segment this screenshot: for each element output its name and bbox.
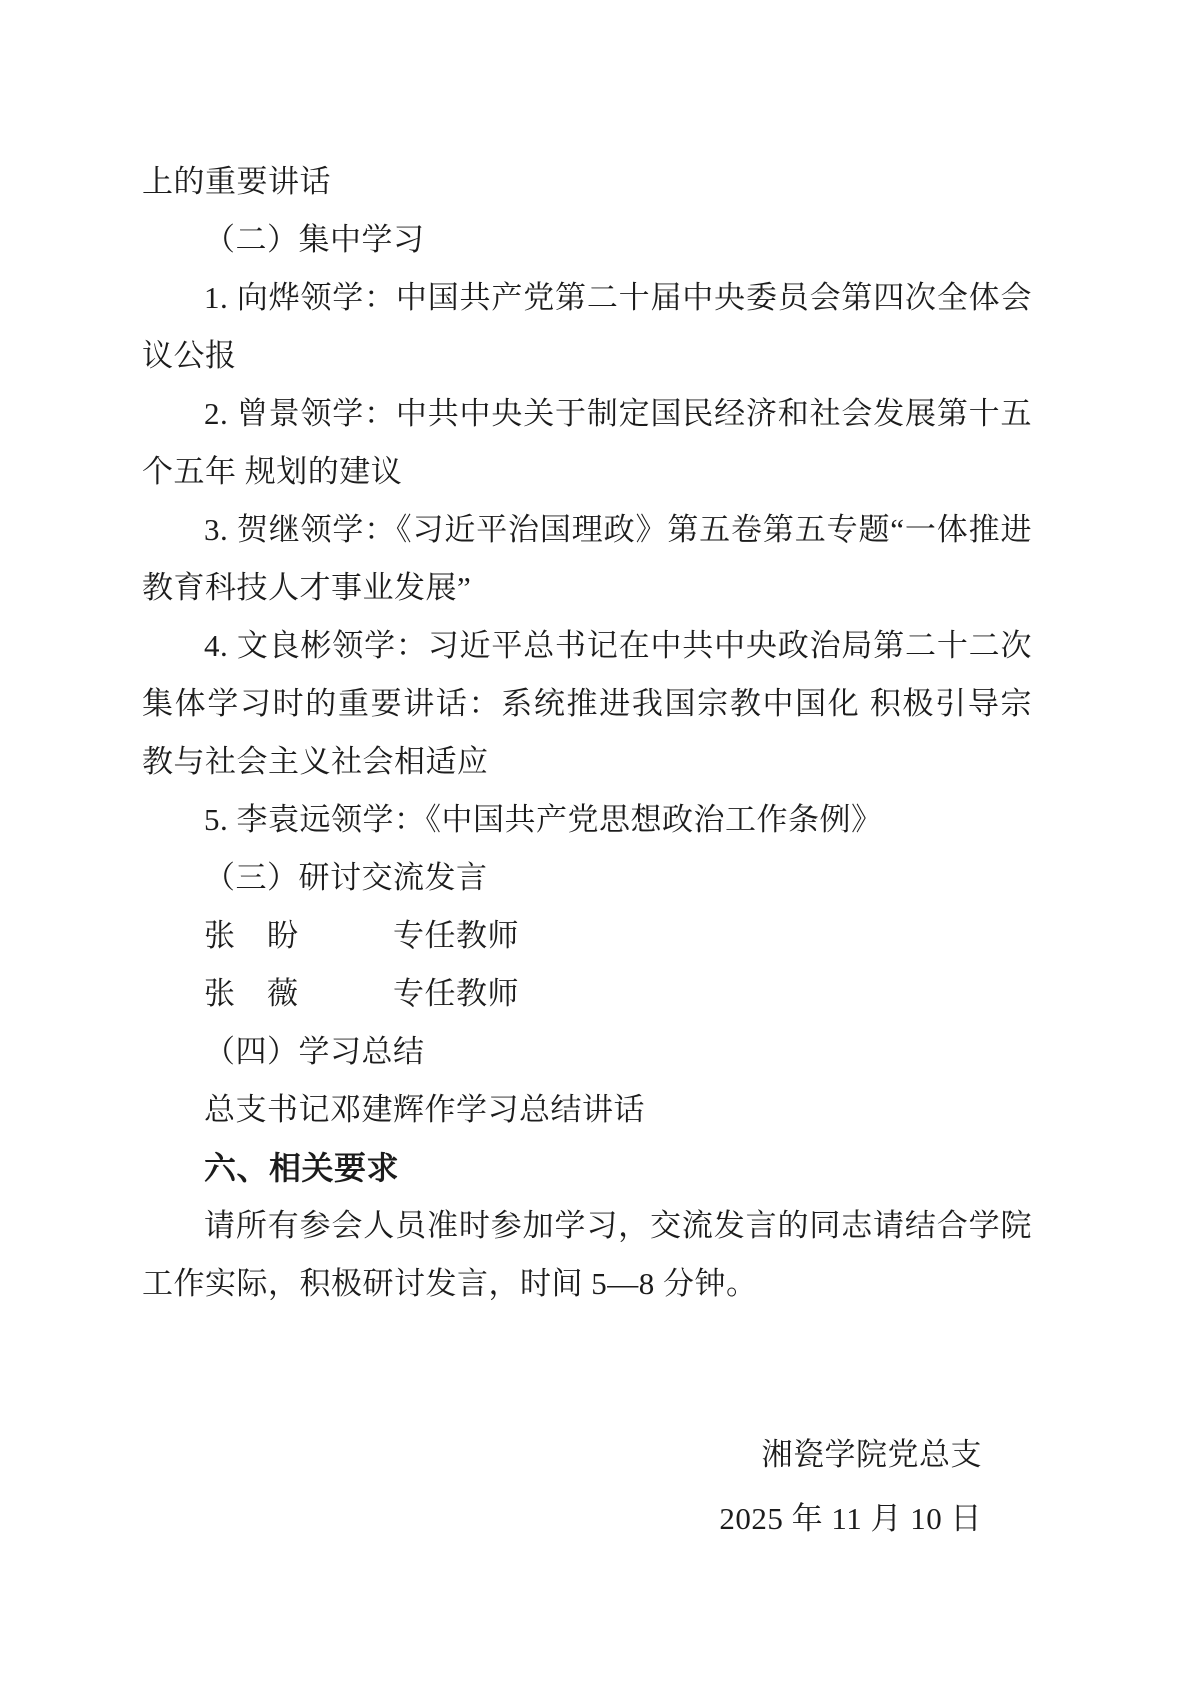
continued-paragraph-text: 上的重要讲话 [142,153,1032,211]
speaker-row-2: 张 薇 专任教师 [142,965,1032,1023]
signature-date: 2025 年 11 月 10 日 [142,1487,982,1551]
summary-speaker-line: 总支书记邓建辉作学习总结讲话 [142,1081,1032,1139]
signature-block: 湘瓷学院党总支 2025 年 11 月 10 日 [142,1423,1032,1551]
subsection-2-title: （二）集中学习 [142,211,1032,269]
study-item-3: 3. 贺继领学：《习近平治国理政》第五卷第五专题“一体推进教育科技人才事业发展” [142,501,1032,617]
subsection-4-title: （四）学习总结 [142,1023,1032,1081]
subsection-3-title: （三）研讨交流发言 [142,849,1032,907]
speaker-row-1: 张 盼 专任教师 [142,907,1032,965]
study-item-4: 4. 文良彬领学：习近平总书记在中共中央政治局第二十二次集体学习时的重要讲话：系… [142,617,1032,791]
study-item-5: 5. 李袁远领学：《中国共产党思想政治工作条例》 [142,791,1032,849]
document-body: 上的重要讲话 （二）集中学习 1. 向烨领学：中国共产党第二十届中央委员会第四次… [142,153,1032,1551]
study-item-1: 1. 向烨领学：中国共产党第二十届中央委员会第四次全体会议公报 [142,269,1032,385]
document-page: 上的重要讲话 （二）集中学习 1. 向烨领学：中国共产党第二十届中央委员会第四次… [0,0,1191,1684]
requirements-paragraph: 请所有参会人员准时参加学习，交流发言的同志请结合学院工作实际，积极研讨发言，时间… [142,1197,1032,1313]
section-6-heading: 六、相关要求 [142,1139,1032,1197]
signature-organization: 湘瓷学院党总支 [142,1423,982,1487]
study-item-2: 2. 曾景领学：中共中央关于制定国民经济和社会发展第十五个五年 规划的建议 [142,385,1032,501]
